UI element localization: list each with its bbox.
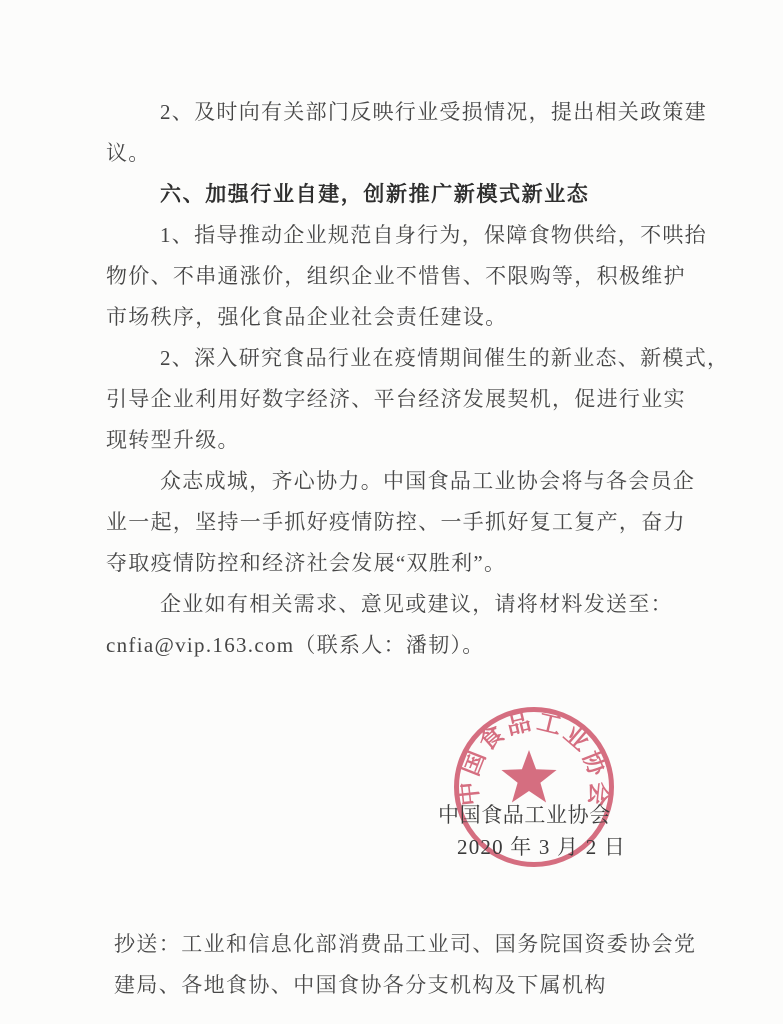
- body-line: 2、及时向有关部门反映行业受损情况，提出相关政策建: [106, 92, 696, 133]
- contact-line: cnfia@vip.163.com（联系人：潘韧）。: [106, 625, 696, 666]
- body-line: 引导企业利用好数字经济、平台经济发展契机，促进行业实: [106, 379, 696, 420]
- signature-organization: 中国食品工业协会: [438, 799, 611, 829]
- section-heading: 六、加强行业自建，创新推广新模式新业态: [106, 174, 696, 215]
- body-line: 2、深入研究食品行业在疫情期间催生的新业态、新模式，: [106, 338, 696, 379]
- body-line: 物价、不串通涨价，组织企业不惜售、不限购等，积极维护: [106, 256, 696, 297]
- body-line: 企业如有相关需求、意见或建议，请将材料发送至：: [106, 584, 696, 625]
- document-body: 2、及时向有关部门反映行业受损情况，提出相关政策建 议。 六、加强行业自建，创新…: [106, 92, 696, 666]
- body-line: 现转型升级。: [106, 420, 696, 461]
- body-line: 众志成城，齐心协力。中国食品工业协会将与各会员企: [106, 461, 696, 502]
- body-line: 议。: [106, 133, 696, 174]
- body-line: 夺取疫情防控和经济社会发展“双胜利”。: [106, 543, 696, 584]
- cc-block: 抄送：工业和信息化部消费品工业司、国务院国资委协会党 建局、各地食协、中国食协各…: [114, 924, 714, 1006]
- body-line: 市场秩序，强化食品企业社会责任建设。: [106, 297, 696, 338]
- cc-line: 抄送：工业和信息化部消费品工业司、国务院国资委协会党: [114, 924, 714, 965]
- body-line: 业一起，坚持一手抓好疫情防控、一手抓好复工复产，奋力: [106, 502, 696, 543]
- document-page: 2、及时向有关部门反映行业受损情况，提出相关政策建 议。 六、加强行业自建，创新…: [0, 0, 783, 1024]
- body-line: 1、指导推动企业规范自身行为，保障食物供给，不哄抬: [106, 215, 696, 256]
- signature-date: 2020 年 3 月 2 日: [457, 831, 626, 861]
- cc-line: 建局、各地食协、中国食协各分支机构及下属机构: [114, 965, 714, 1006]
- seal-star-icon: [501, 750, 556, 803]
